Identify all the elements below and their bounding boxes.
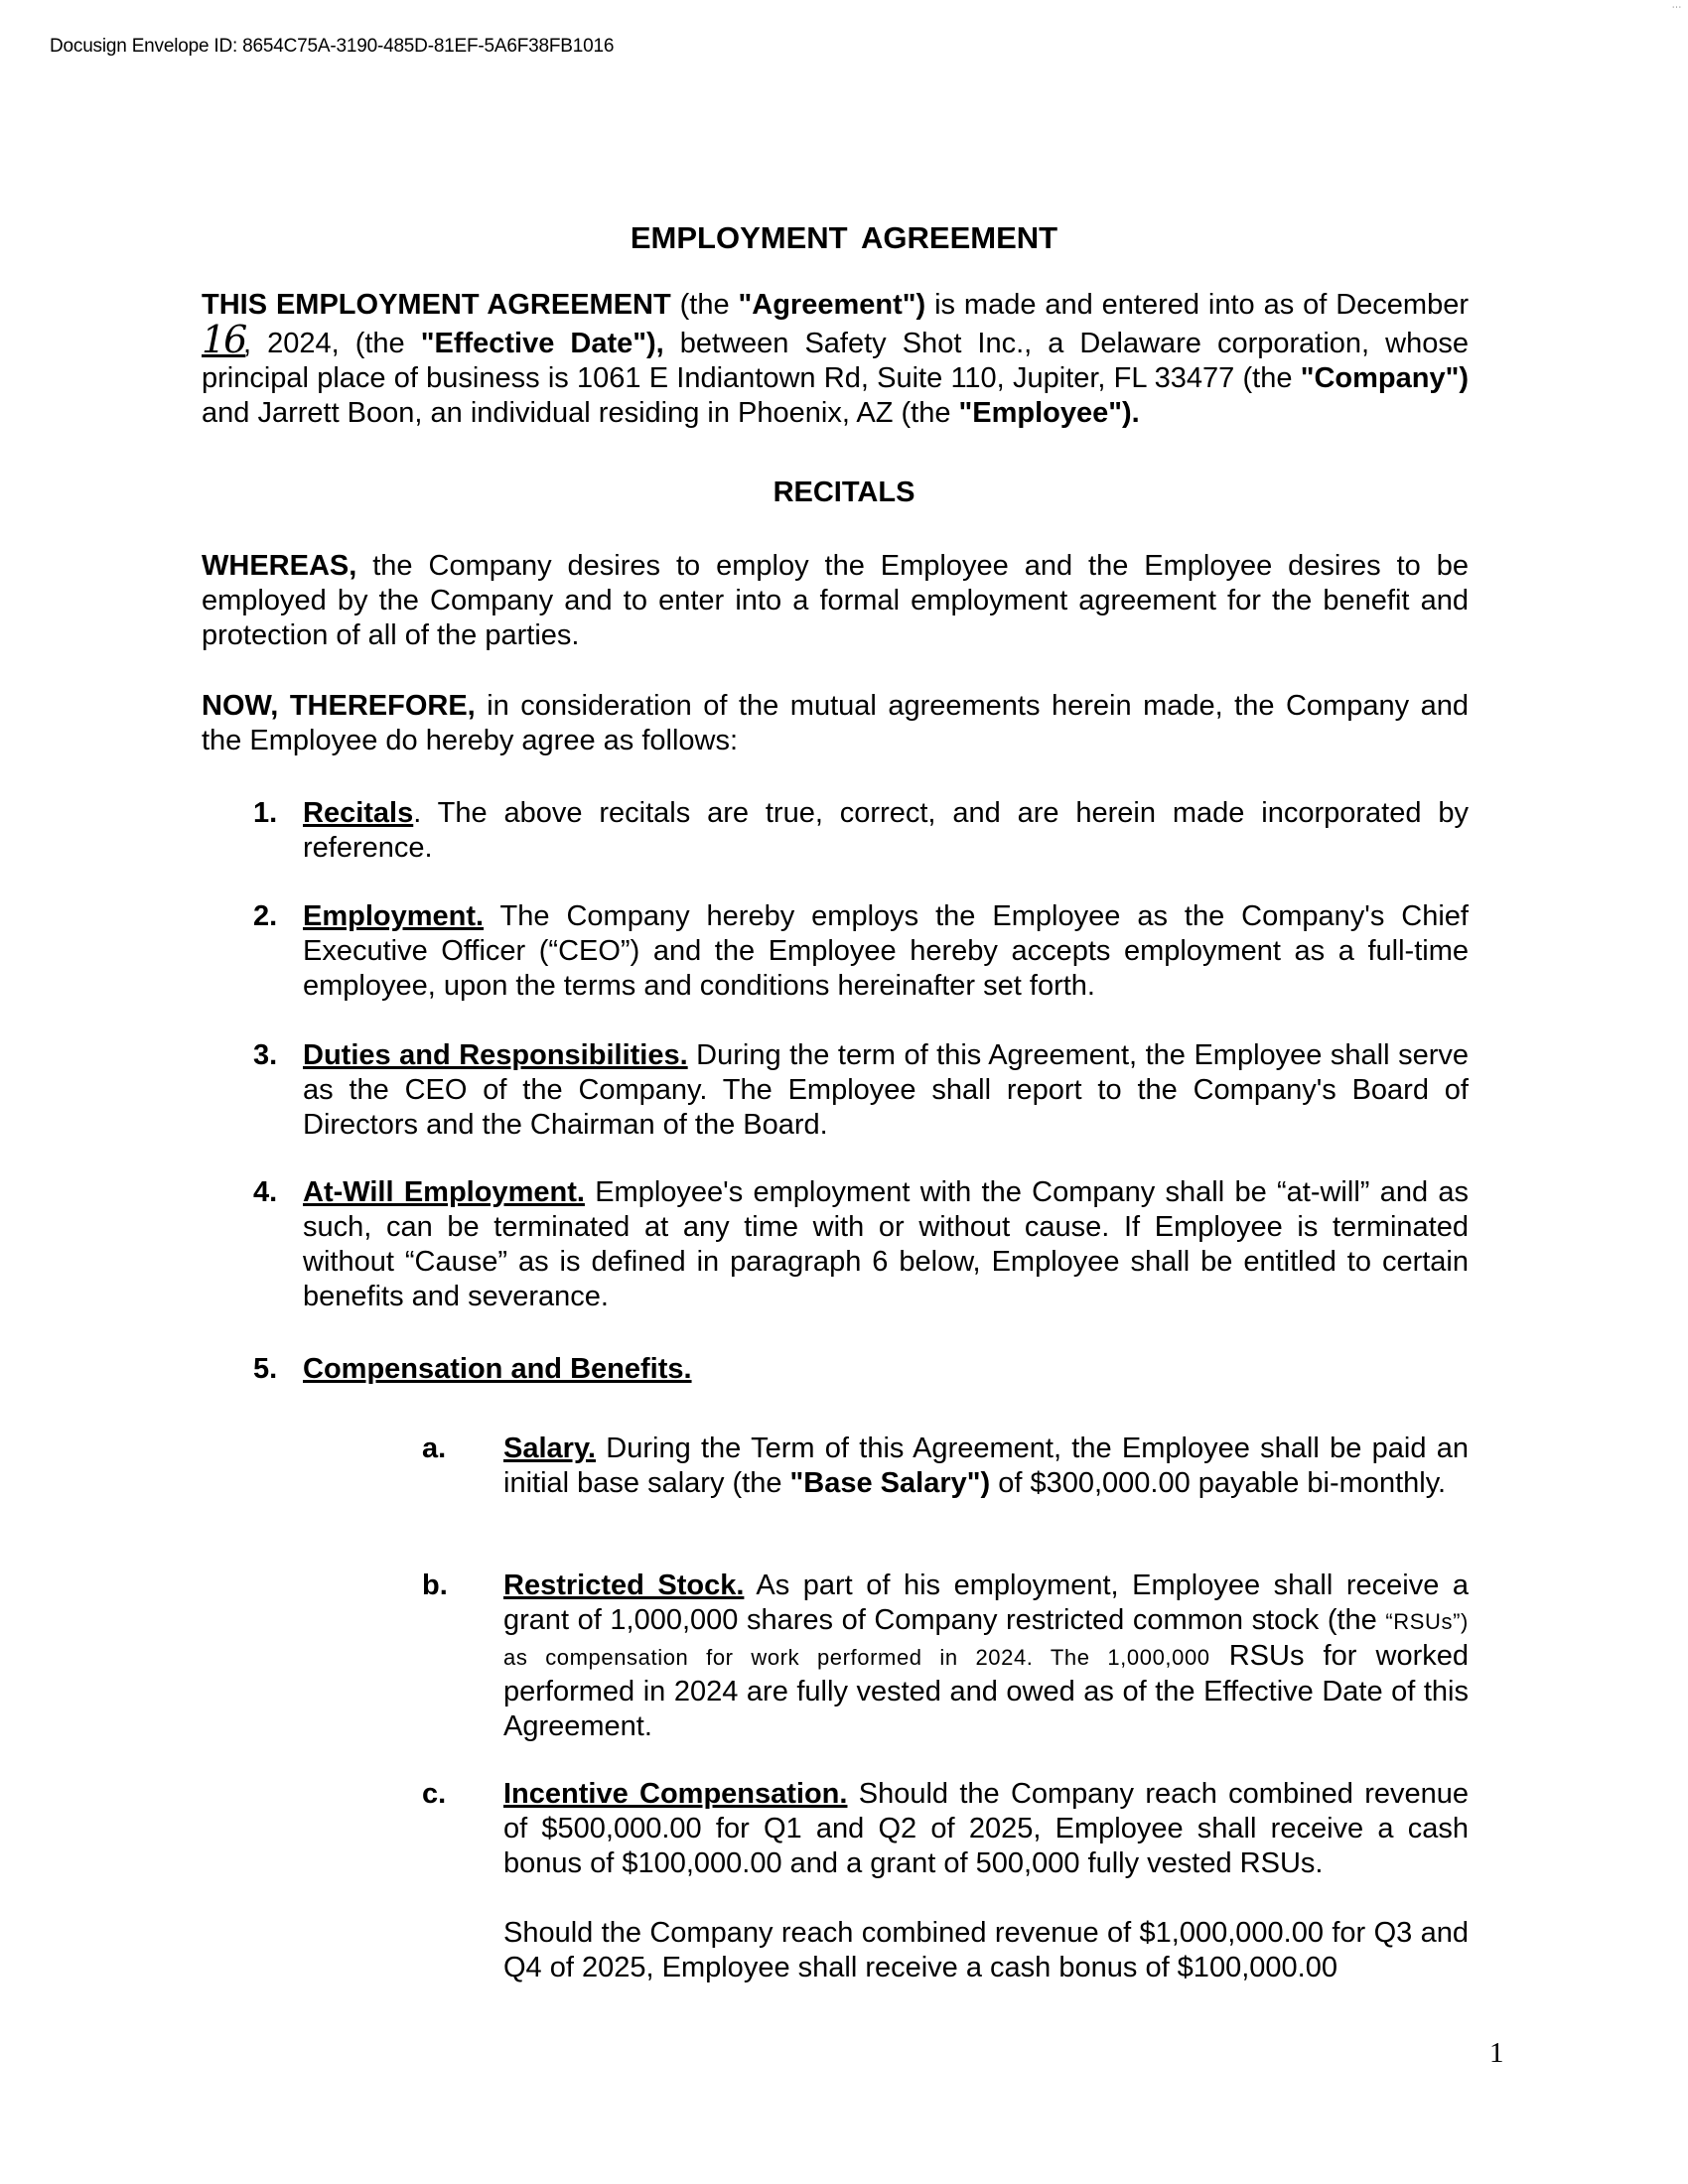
section-4-at-will: 4. At-Will Employment. Employee's employ…: [253, 1175, 1469, 1314]
subsection-c-second-paragraph: Should the Company reach combined revenu…: [422, 1916, 1469, 1985]
now-therefore-paragraph: NOW, THEREFORE, in consideration of the …: [202, 689, 1469, 758]
intro-paragraph: THIS EMPLOYMENT AGREEMENT (the "Agreemen…: [202, 288, 1469, 431]
handwritten-date-day: 16: [202, 323, 243, 357]
subsection-c-incentive: c. Incentive Compensation. Should the Co…: [422, 1777, 1469, 1881]
recitals-heading: RECITALS: [0, 477, 1688, 509]
intro-text: (the: [671, 289, 739, 321]
employee-term: "Employee").: [959, 397, 1140, 429]
subsection-letter: b.: [422, 1569, 448, 1603]
subsection-heading: Restricted Stock.: [503, 1570, 744, 1601]
subsection-text: of $300,000.00 payable bi-monthly.: [990, 1467, 1446, 1499]
subsection-b-restricted-stock: b. Restricted Stock. As part of his empl…: [422, 1569, 1469, 1744]
whereas-lead: WHEREAS,: [202, 550, 356, 582]
section-number: 5.: [253, 1352, 277, 1387]
now-therefore-lead: NOW, THEREFORE,: [202, 690, 476, 722]
section-5-compensation: 5. Compensation and Benefits.: [253, 1352, 1469, 1387]
subsection-text: Should the Company reach combined revenu…: [503, 1917, 1469, 1983]
subsection-a-salary: a. Salary. During the Term of this Agree…: [422, 1432, 1469, 1501]
page-number: 1: [1489, 2037, 1504, 2070]
scan-artifact: ˙˙˙: [1672, 6, 1682, 17]
subsection-heading: Incentive Compensation.: [503, 1778, 847, 1810]
whereas-text: the Company desires to employ the Employ…: [202, 550, 1469, 651]
section-number: 1.: [253, 796, 277, 831]
intro-text: is made and entered into as of December: [925, 289, 1469, 321]
section-heading: Duties and Responsibilities.: [303, 1039, 688, 1071]
section-number: 3.: [253, 1038, 277, 1073]
section-3-duties: 3. Duties and Responsibilities. During t…: [253, 1038, 1469, 1143]
effective-date-term: "Effective Date"),: [421, 328, 664, 359]
section-1-recitals: 1. Recitals. The above recitals are true…: [253, 796, 1469, 866]
company-term: "Company"): [1301, 362, 1469, 394]
section-heading: Employment.: [303, 900, 484, 932]
section-number: 4.: [253, 1175, 277, 1210]
agreement-term: "Agreement"): [739, 289, 926, 321]
section-text: . The above recitals are true, correct, …: [303, 797, 1469, 864]
intro-text: , 2024, (the: [243, 328, 421, 359]
section-heading: Recitals: [303, 797, 413, 829]
intro-lead: THIS EMPLOYMENT AGREEMENT: [202, 289, 671, 321]
document-title: EMPLOYMENT AGREEMENT: [0, 220, 1688, 256]
section-heading: Compensation and Benefits.: [303, 1353, 692, 1385]
subsection-heading: Salary.: [503, 1433, 596, 1464]
docusign-envelope-id: Docusign Envelope ID: 8654C75A-3190-485D…: [50, 36, 614, 58]
section-2-employment: 2. Employment. The Company hereby employ…: [253, 899, 1469, 1004]
intro-text: and Jarrett Boon, an individual residing…: [202, 397, 959, 429]
whereas-paragraph: WHEREAS, the Company desires to employ t…: [202, 549, 1469, 653]
section-number: 2.: [253, 899, 277, 934]
base-salary-term: "Base Salary"): [790, 1467, 991, 1499]
subsection-letter: a.: [422, 1432, 446, 1466]
subsection-letter: c.: [422, 1777, 446, 1812]
section-heading: At-Will Employment.: [303, 1176, 585, 1208]
